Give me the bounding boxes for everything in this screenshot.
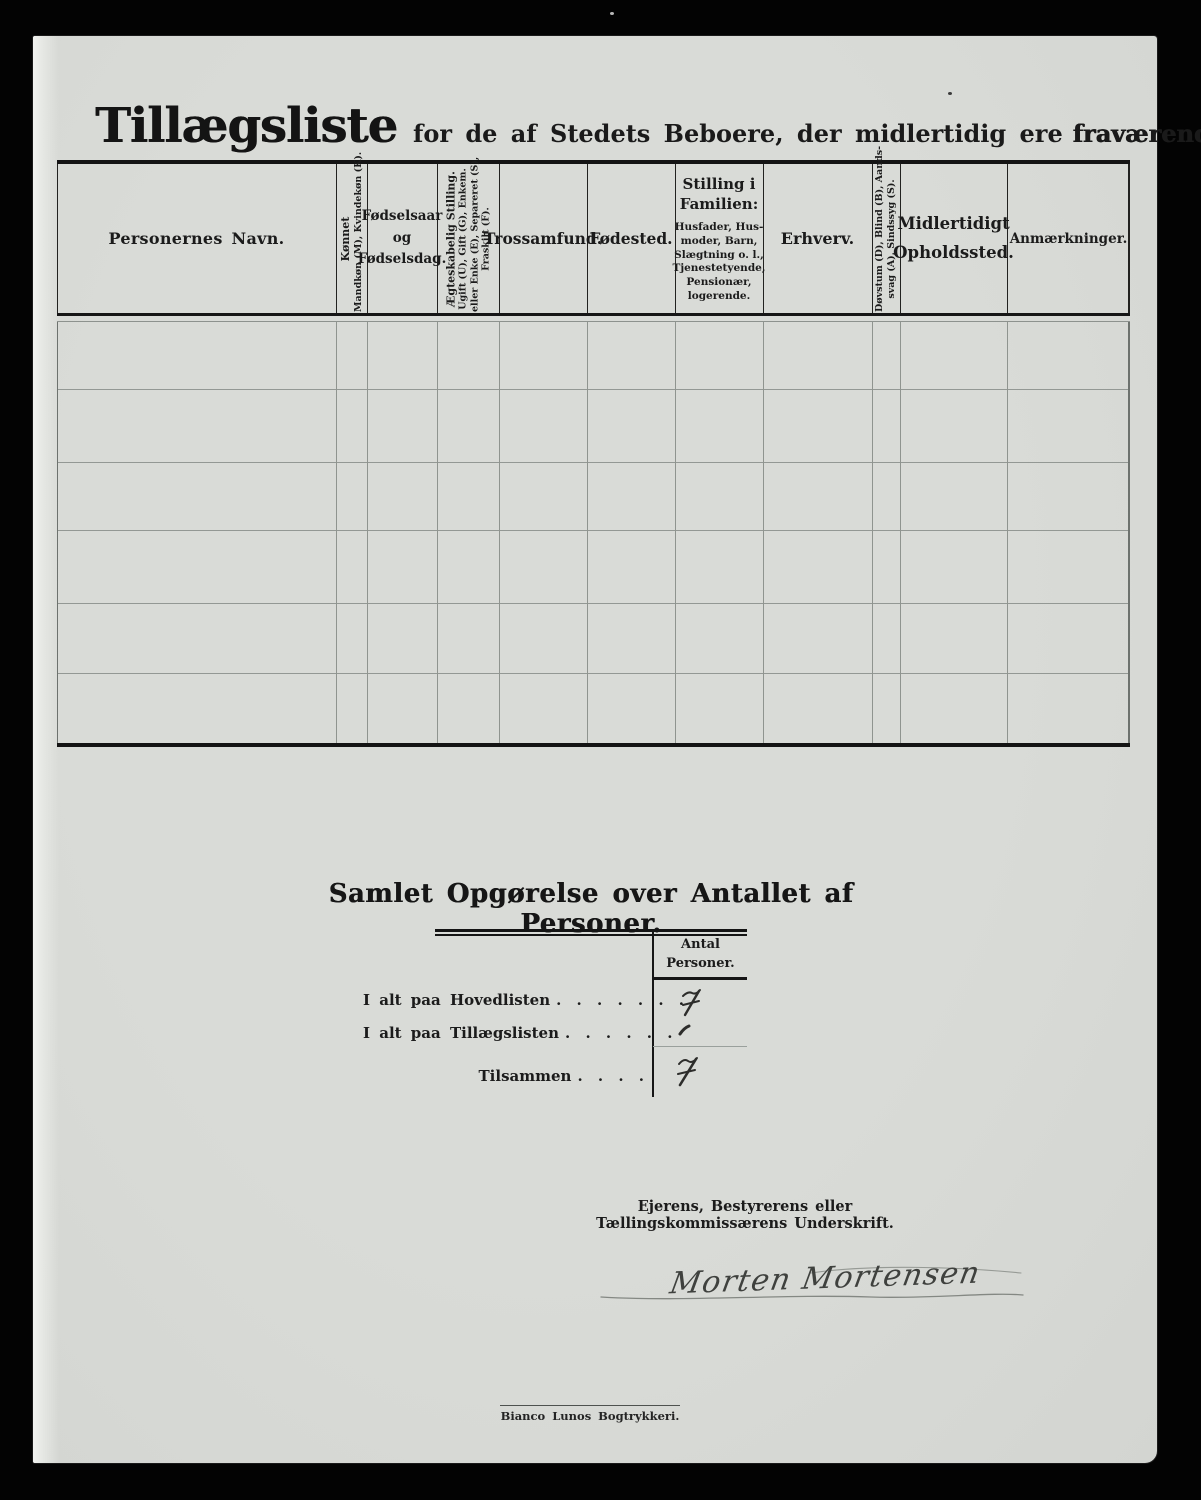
handwritten-seven [674, 1054, 702, 1088]
persons-table: Personernes Navn. Kønnet Mandkøn (M), Kv… [57, 160, 1130, 747]
signature-area: Morten Mortensen [561, 1239, 1031, 1315]
signature-name: Morten Mortensen [666, 1256, 983, 1302]
imprint-rule [500, 1405, 680, 1406]
form-subtitle-emphasis: fraværende. [1073, 119, 1201, 148]
summary-top-rule [435, 929, 747, 936]
signature-label: Ejerens, Bestyrerens eller Tællingskommi… [553, 1198, 937, 1232]
table-row [57, 530, 1130, 603]
scanned-census-page: { "page": { "title": "Tillægsliste", "su… [0, 0, 1201, 1500]
masthead: Tillægsliste for de af Stedets Beboere, … [95, 98, 1201, 154]
table-bottom-rule [57, 743, 1130, 747]
col-header-erhverv: Erhverv. [763, 164, 872, 313]
col-header-midlertidigt-opholdssted: Midlertidigt Opholdssted. [900, 164, 1007, 313]
form-subtitle: for de af Stedets Beboere, der midlertid… [413, 119, 1201, 148]
col-header-stilling-i-familien: Stilling i Familien: Husfader, Hus- mode… [675, 164, 763, 313]
census-form-sheet: Tillægsliste for de af Stedets Beboere, … [33, 36, 1157, 1463]
summary-row-hovedlisten: I alt paa Hovedlisten. . . . . . . [363, 991, 647, 1009]
summary-header-rule [653, 977, 747, 980]
printer-imprint: Bianco Lunos Bogtrykkeri. [488, 1409, 692, 1423]
col-header-foedested: Fødested. [587, 164, 675, 313]
table-row [57, 389, 1130, 462]
summary-row-tilsammen: Tilsammen. . . . [363, 1067, 647, 1085]
col-header-personernes-navn: Personernes Navn. [57, 164, 336, 313]
scan-speck [948, 92, 952, 95]
header-bottom-rule [57, 313, 1130, 316]
table-row [57, 462, 1130, 530]
handwritten-seven [680, 987, 704, 1017]
handwritten-zero-mark [678, 1024, 692, 1036]
summary-row-tillaegslisten: I alt paa Tillægslisten. . . . . . [363, 1024, 647, 1042]
form-title: Tillægsliste [95, 98, 397, 154]
summary-col-header: Antal Personer. [654, 936, 747, 974]
leader-dots: . . . . [577, 1067, 647, 1085]
scan-speck [610, 12, 614, 15]
col-header-anmaerkninger: Anmærkninger. [1007, 164, 1130, 313]
summary-total-rule [653, 1046, 747, 1047]
col-header-foedselsaar: Fødselsaar og Fødselsdag. [367, 164, 437, 313]
handwritten-signature: Morten Mortensen [561, 1239, 1031, 1315]
leader-dots: . . . . . . [565, 1024, 675, 1042]
table-row [57, 673, 1130, 743]
leader-dots: . . . . . . . [556, 991, 687, 1009]
table-row [57, 322, 1130, 389]
col-header-trossamfund: Trossamfund. [499, 164, 587, 313]
col-header-koennet: Kønnet Mandkøn (M), Kvindekøn (K). [336, 164, 367, 313]
table-row [57, 603, 1130, 673]
